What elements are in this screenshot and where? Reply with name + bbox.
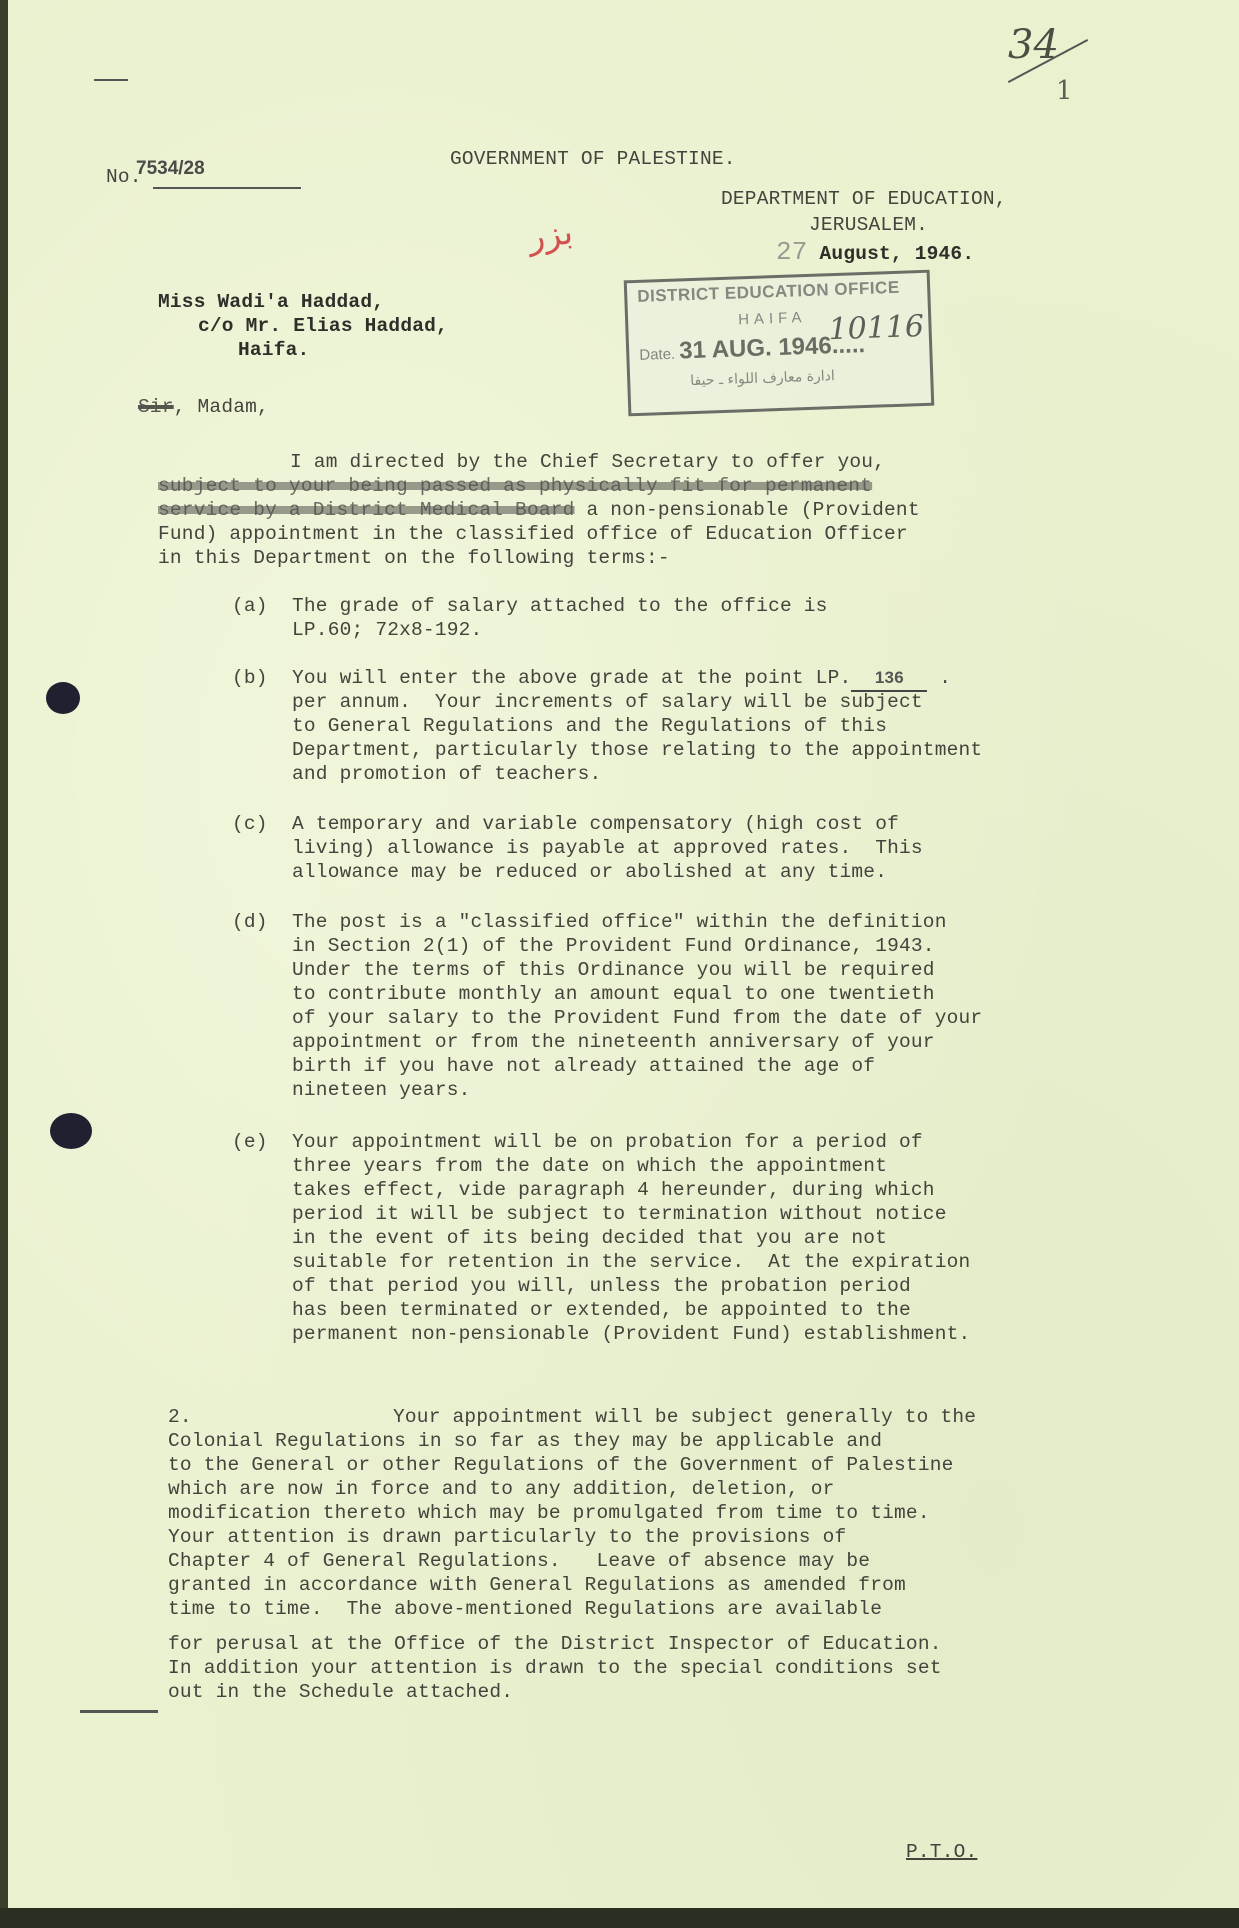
term-b-label: (b) (232, 666, 268, 690)
term-b-line: You will enter the above grade at the po… (292, 666, 951, 692)
government-title: GOVERNMENT OF PALESTINE. (450, 147, 736, 171)
term-b-line: per annum. Your increments of salary wil… (292, 690, 923, 714)
stamp-date-label: Date. (639, 346, 675, 364)
term-e-line: of that period you will, unless the prob… (292, 1274, 911, 1298)
term-d-line: appointment or from the nineteenth anniv… (292, 1030, 935, 1054)
intro-struck-line-1: subject to your being passed as physical… (158, 474, 872, 498)
term-b-prefix: You will enter the above grade at the po… (292, 667, 851, 689)
letter-page: 34 1 No. 7534/28 GOVERNMENT OF PALESTINE… (8, 0, 1239, 1908)
paragraph-2-number: 2. (168, 1405, 192, 1429)
recipient-name: Miss Wadi'a Haddad, (158, 290, 384, 314)
stamp-city: HAIFA (738, 309, 807, 328)
term-d-line: nineteen years. (292, 1078, 471, 1102)
please-turn-over: P.T.O. (906, 1840, 977, 1864)
intro-struck-line-2: service by a District Medical Board (158, 499, 575, 521)
term-d-line: of your salary to the Provident Fund fro… (292, 1006, 982, 1030)
term-c-line: living) allowance is payable at approved… (292, 836, 923, 860)
term-e-line: Your appointment will be on probation fo… (292, 1130, 923, 1154)
struck-salutation: Sir (138, 396, 174, 418)
term-e-line: in the event of its being decided that y… (292, 1226, 887, 1250)
reference-underline (153, 187, 301, 189)
term-c-label: (c) (232, 812, 268, 836)
term-a-line: LP.60; 72x8-192. (292, 618, 482, 642)
letter-date: 27 August, 1946. (776, 240, 974, 266)
intro-line-4: in this Department on the following term… (158, 546, 670, 570)
red-handwritten-annotation: بزر (525, 212, 575, 258)
margin-rule-bottom (80, 1710, 158, 1713)
paragraph-2-line: In addition your attention is drawn to t… (168, 1656, 942, 1680)
department-city: JERUSALEM. (809, 213, 928, 237)
paragraph-2-line: to the General or other Regulations of t… (168, 1453, 954, 1477)
date-day-stamp: 27 (776, 237, 808, 267)
term-e-line: period it will be subject to termination… (292, 1202, 947, 1226)
term-d-line: Under the terms of this Ordinance you wi… (292, 958, 935, 982)
paragraph-2-line: Your attention is drawn particularly to … (168, 1525, 846, 1549)
salutation-text: , Madam, (174, 396, 269, 418)
term-b-line: Department, particularly those relating … (292, 738, 982, 762)
term-e-line: permanent non-pensionable (Provident Fun… (292, 1322, 970, 1346)
term-d-line: in Section 2(1) of the Provident Fund Or… (292, 934, 935, 958)
term-e-line: has been terminated or extended, be appo… (292, 1298, 911, 1322)
folio-denominator: 1 (1056, 76, 1073, 106)
punch-hole-upper (46, 682, 80, 714)
folio-number: 34 (1008, 22, 1059, 68)
term-e-line: takes effect, vide paragraph 4 hereunder… (292, 1178, 935, 1202)
paragraph-2-line: Your appointment will be subject general… (393, 1405, 976, 1429)
recipient-care-of: c/o Mr. Elias Haddad, (198, 314, 448, 338)
intro-line-2: service by a District Medical Board a no… (158, 498, 920, 522)
paragraph-2-line: granted in accordance with General Regul… (168, 1573, 906, 1597)
paragraph-2-line: time to time. The above-mentioned Regula… (168, 1597, 882, 1621)
salary-point-fill: 136 (851, 666, 927, 692)
department-name: DEPARTMENT OF EDUCATION, (721, 187, 1007, 211)
term-e-line: suitable for retention in the service. A… (292, 1250, 970, 1274)
received-stamp: DISTRICT EDUCATION OFFICE HAIFA Date. 31… (624, 270, 935, 417)
intro-line-3: Fund) appointment in the classified offi… (158, 522, 908, 546)
term-a-label: (a) (232, 594, 268, 618)
paragraph-2-line: for perusal at the Office of the Distric… (168, 1632, 942, 1656)
scan-bottom-edge (0, 1908, 1239, 1928)
paragraph-2-line: Chapter 4 of General Regulations. Leave … (168, 1549, 870, 1573)
paragraph-2-line: modification thereto which may be promul… (168, 1501, 930, 1525)
term-d-line: birth if you have not already attained t… (292, 1054, 875, 1078)
salutation: Sir, Madam, (138, 395, 269, 419)
punch-hole-lower (50, 1113, 92, 1149)
term-a-line: The grade of salary attached to the offi… (292, 594, 828, 618)
margin-mark-top (94, 79, 128, 81)
recipient-city: Haifa. (238, 338, 309, 362)
term-e-label: (e) (232, 1130, 268, 1154)
term-d-line: The post is a "classified office" within… (292, 910, 947, 934)
stamp-office: DISTRICT EDUCATION OFFICE (637, 278, 900, 307)
intro-line-1: I am directed by the Chief Secretary to … (290, 450, 885, 474)
term-b-line: and promotion of teachers. (292, 762, 601, 786)
term-d-label: (d) (232, 910, 268, 934)
stamp-arabic: ادارة معارف اللواء ـ حيفا (690, 368, 835, 389)
term-b-line: to General Regulations and the Regulatio… (292, 714, 887, 738)
term-c-line: allowance may be reduced or abolished at… (292, 860, 887, 884)
paragraph-2-line: which are now in force and to any additi… (168, 1477, 835, 1501)
paragraph-2-line: Colonial Regulations in so far as they m… (168, 1429, 882, 1453)
term-d-line: to contribute monthly an amount equal to… (292, 982, 935, 1006)
intro-line-2-text: a non-pensionable (Provident (575, 499, 920, 521)
stamp-handwritten-number: 10116 (828, 309, 925, 347)
paragraph-2-line: out in the Schedule attached. (168, 1680, 513, 1704)
scan-left-edge (0, 0, 8, 1928)
reference-number: 7534/28 (136, 158, 205, 180)
term-c-line: A temporary and variable compensatory (h… (292, 812, 899, 836)
date-text: August, 1946. (808, 243, 975, 265)
term-e-line: three years from the date on which the a… (292, 1154, 887, 1178)
